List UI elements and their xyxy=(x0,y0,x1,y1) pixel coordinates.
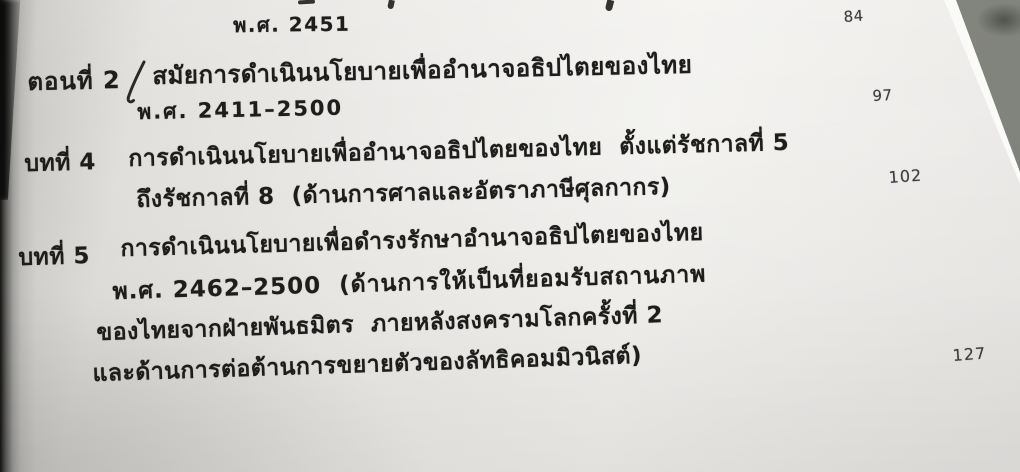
cropped-text-fragment xyxy=(605,0,614,12)
running-head: พ.ศ. 2451 xyxy=(233,8,351,41)
running-head-page-number: 84 xyxy=(843,7,864,26)
scanned-book-page-photo: พ.ศ. 2451 84 ตอนที่ 2 สมัยการดำเนินนโยบา… xyxy=(0,0,1020,472)
cropped-text-fragment xyxy=(298,0,315,4)
entry-page-number: 102 xyxy=(888,166,923,187)
entry-title-line: พ.ศ. 2411–2500 xyxy=(137,92,343,129)
entry-page-number: 97 xyxy=(872,86,893,105)
entry-page-number: 127 xyxy=(952,344,987,365)
entry-title-line: สมัยการดำเนินนโยบายเพื่ออำนาจอธิปไตยของไ… xyxy=(152,45,693,95)
entry-title-line: ถึงรัชกาลที่ 8 (ด้านการศาลและอัตราภาษีศุ… xyxy=(136,169,671,218)
cropped-text-fragment xyxy=(387,0,395,10)
entry-title-line: การดำเนินนโยบายเพื่ออำนาจอธิปไตยของไทย ต… xyxy=(128,125,790,177)
entry-label: บทที่ 4 xyxy=(24,144,96,182)
entry-label: บทที่ 5 xyxy=(18,238,90,276)
entry-label: ตอนที่ 2 xyxy=(27,60,121,101)
